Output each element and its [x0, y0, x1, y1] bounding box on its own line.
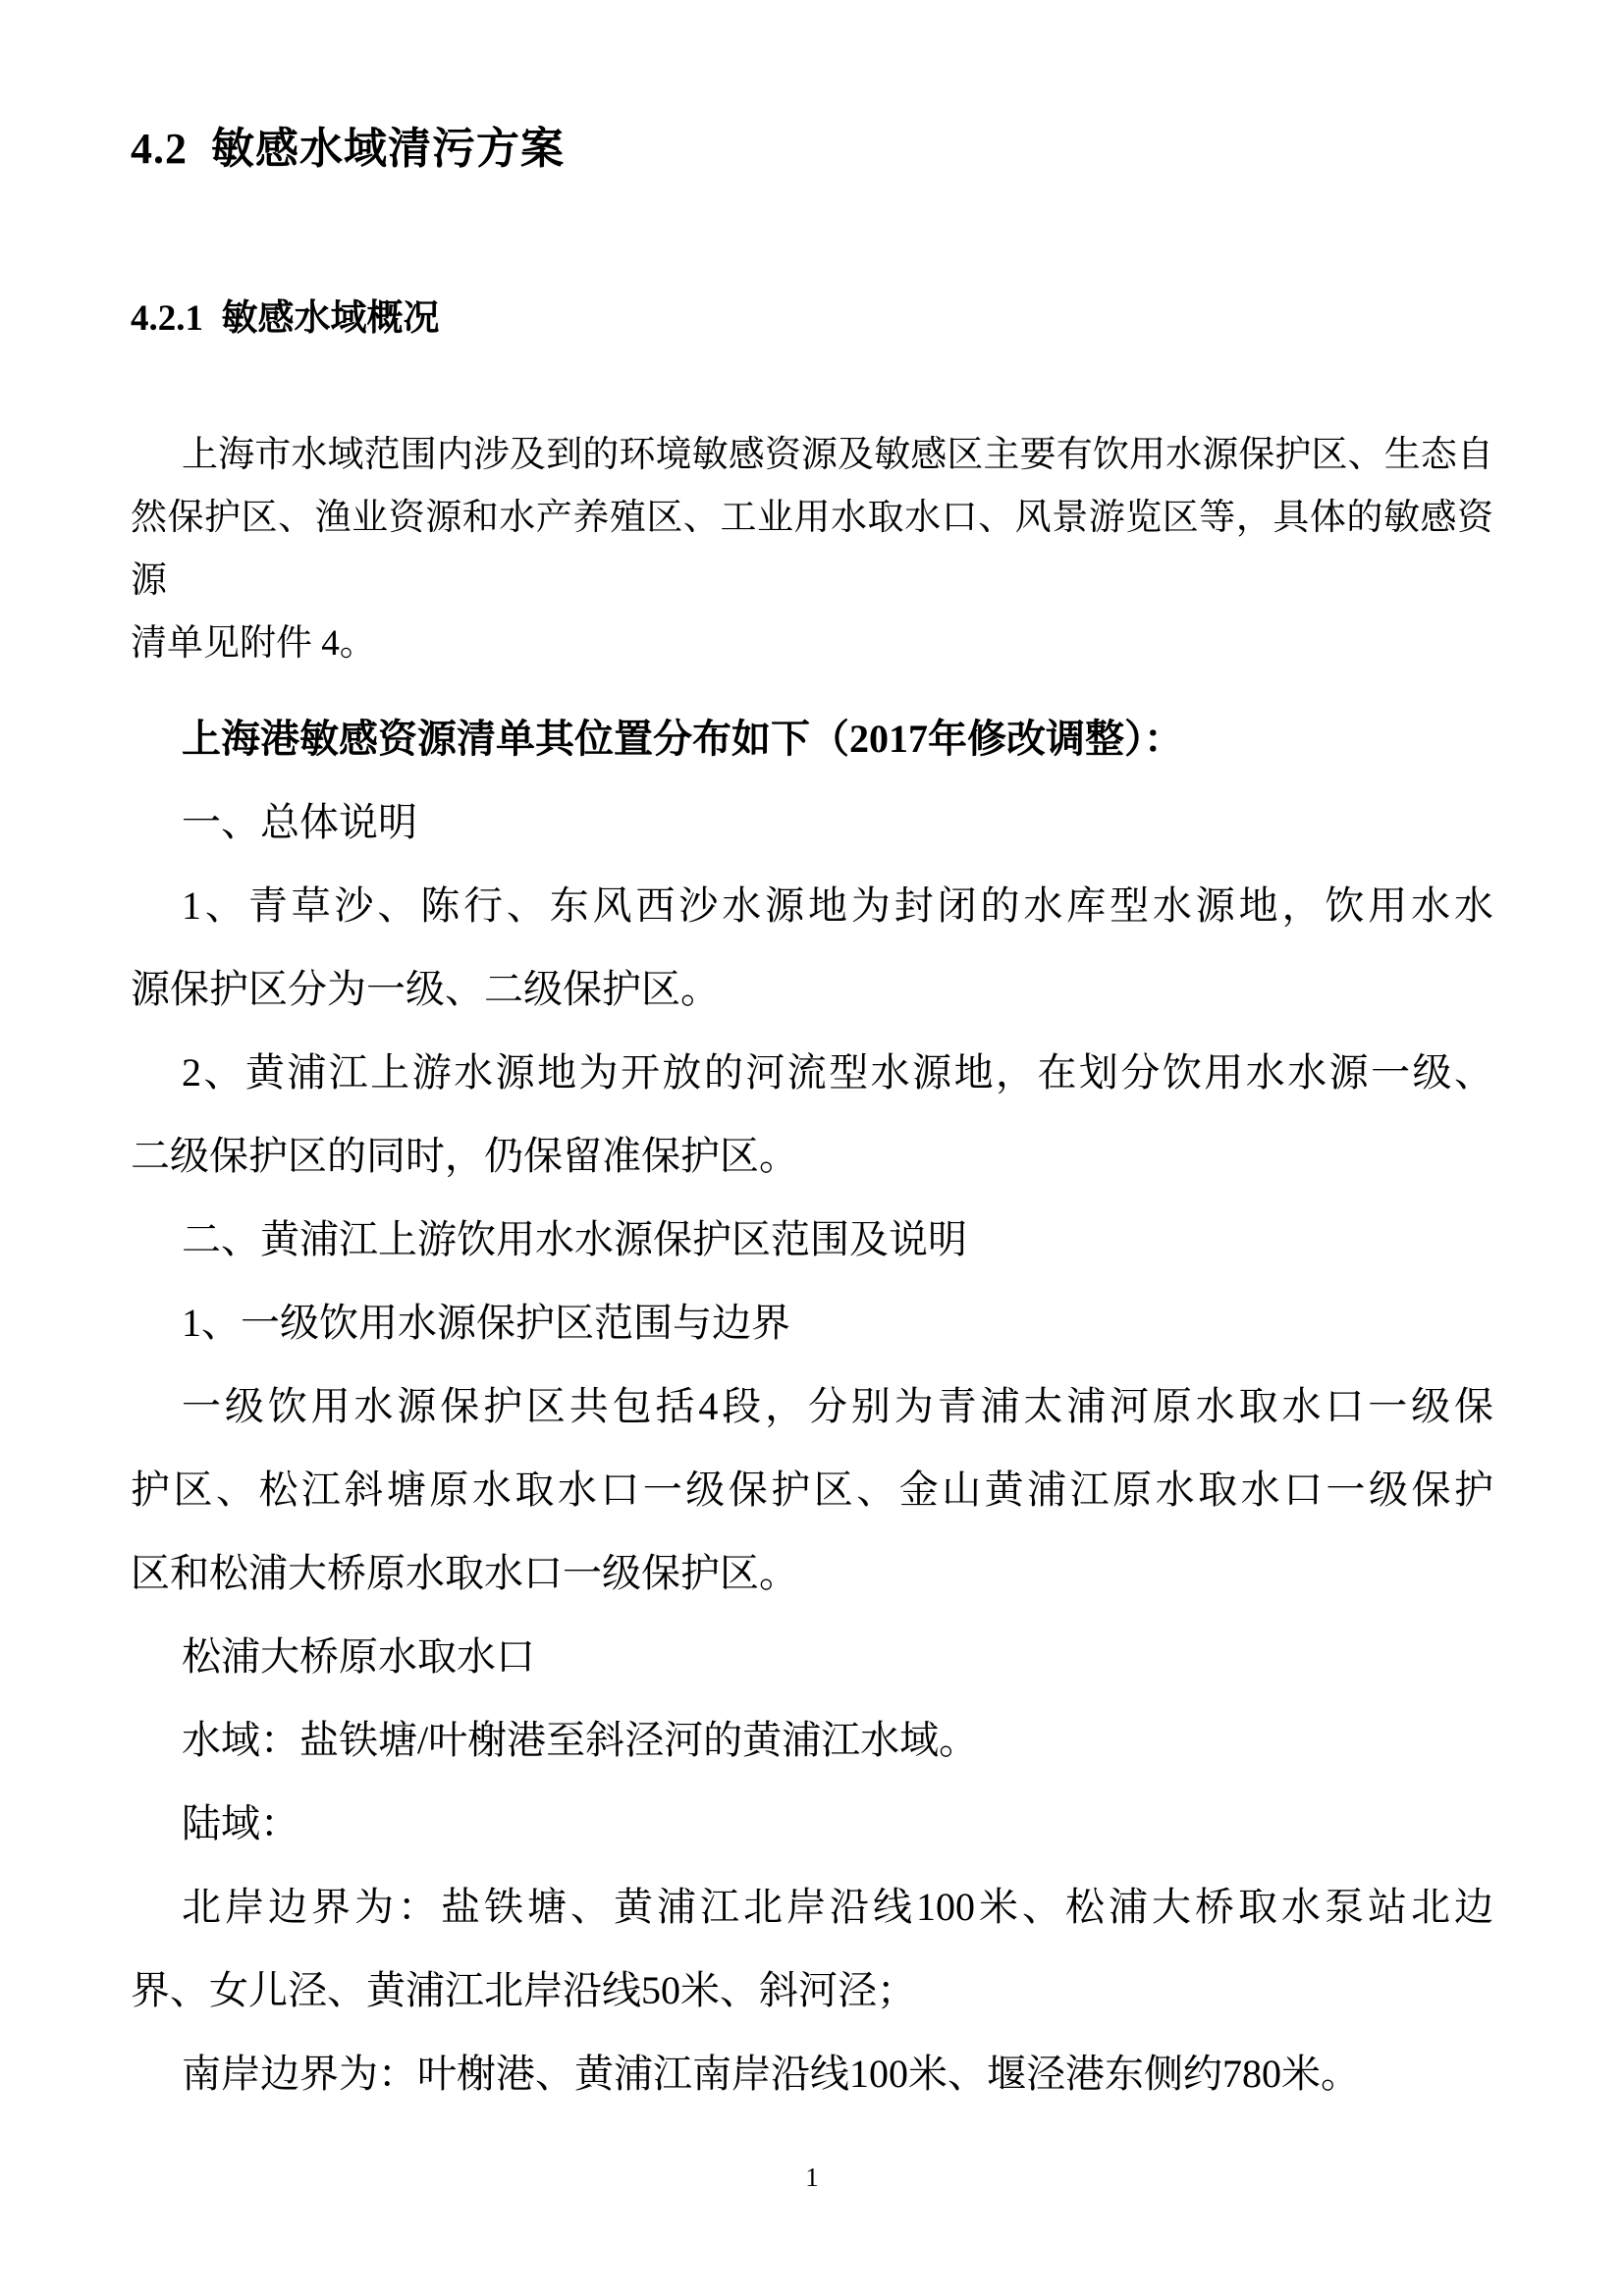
text-line: 护区、松江斜塘原水取水口一级保护区、金山黄浦江原水取水口一级保护	[131, 1448, 1493, 1531]
text-line: 二、黄浦江上游饮用水水源保护区范围及说明	[131, 1198, 1493, 1281]
text-line: 界、女儿泾、黄浦江北岸沿线50米、斜河泾；	[131, 1949, 1493, 2032]
text-line: 北岸边界为：盐铁塘、黄浦江北岸沿线100米、松浦大桥取水泵站北边	[131, 1865, 1493, 1949]
text-line: 二级保护区的同时，仍保留准保护区。	[131, 1114, 1493, 1198]
page-number: 1	[0, 2160, 1624, 2195]
text-line: 水域：盐铁塘/叶榭港至斜泾河的黄浦江水域。	[131, 1698, 1493, 1782]
text-line: 一、总体说明	[131, 780, 1493, 864]
document-page: 4.2 敏感水域清污方案 4.2.1 敏感水域概况 上海市水域范围内涉及到的环境…	[0, 0, 1624, 2296]
text-line: 南岸边界为：叶榭港、黄浦江南岸沿线100米、堰泾港东侧约780米。	[131, 2032, 1493, 2115]
document-body: 上海港敏感资源清单其位置分布如下（2017年修改调整）：一、总体说明1、青草沙、…	[131, 697, 1493, 2115]
text-line: 2、黄浦江上游水源地为开放的河流型水源地，在划分饮用水水源一级、	[131, 1031, 1493, 1114]
subsection-heading: 4.2.1 敏感水域概况	[131, 293, 1493, 346]
text-line: 陆域：	[131, 1782, 1493, 1865]
text-line: 1、一级饮用水源保护区范围与边界	[131, 1281, 1493, 1364]
text-line: 上海港敏感资源清单其位置分布如下（2017年修改调整）：	[131, 697, 1493, 780]
text-line: 清单见附件 4。	[131, 613, 1493, 675]
intro-paragraph: 上海市水域范围内涉及到的环境敏感资源及敏感区主要有饮用水源保护区、生态自然保护区…	[131, 424, 1493, 675]
text-line: 松浦大桥原水取水口	[131, 1615, 1493, 1698]
text-line: 然保护区、渔业资源和水产养殖区、工业用水取水口、风景游览区等，具体的敏感资源	[131, 487, 1493, 613]
text-line: 源保护区分为一级、二级保护区。	[131, 947, 1493, 1031]
text-line: 区和松浦大桥原水取水口一级保护区。	[131, 1531, 1493, 1615]
text-line: 1、青草沙、陈行、东风西沙水源地为封闭的水库型水源地，饮用水水	[131, 864, 1493, 947]
section-heading: 4.2 敏感水域清污方案	[131, 120, 1493, 179]
text-line: 上海市水域范围内涉及到的环境敏感资源及敏感区主要有饮用水源保护区、生态自	[131, 424, 1493, 487]
text-line: 一级饮用水源保护区共包括4段，分别为青浦太浦河原水取水口一级保	[131, 1364, 1493, 1448]
